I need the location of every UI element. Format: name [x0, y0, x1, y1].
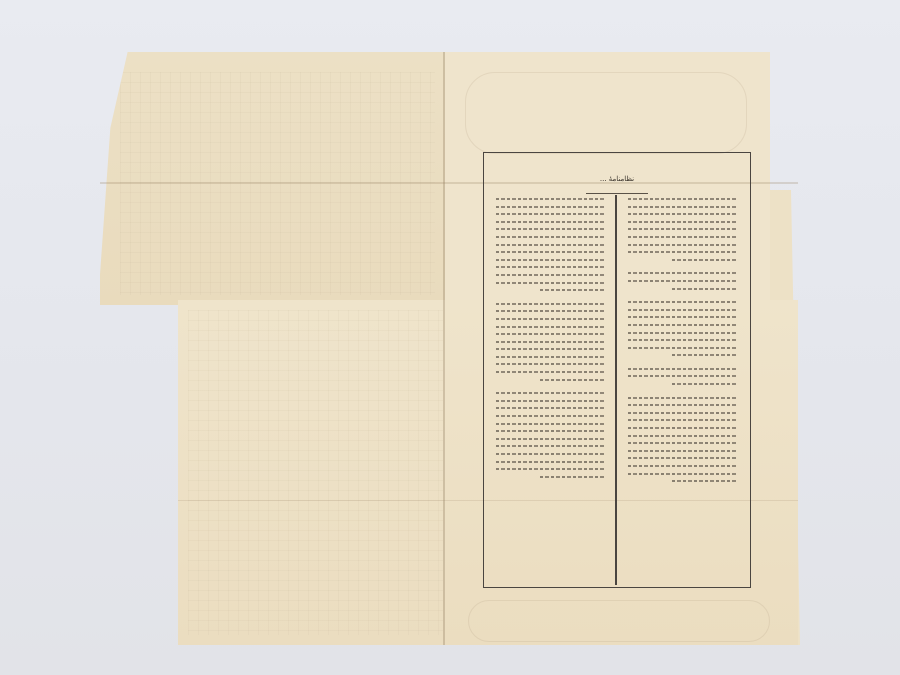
text-line	[496, 356, 606, 358]
watermark-grid	[188, 310, 443, 635]
text-line	[496, 333, 606, 335]
text-line	[496, 453, 606, 455]
document-title: نظامنامهٔ ...	[484, 175, 750, 183]
text-line	[628, 347, 738, 349]
text-line	[496, 274, 606, 276]
text-line	[496, 363, 606, 365]
text-line	[496, 326, 606, 328]
text-line	[540, 379, 606, 381]
text-line	[628, 332, 738, 334]
text-line	[628, 435, 738, 437]
text-line	[628, 272, 738, 274]
text-line	[628, 397, 738, 399]
paragraph-gap	[628, 488, 738, 494]
text-line	[672, 383, 738, 385]
text-line	[672, 288, 738, 290]
text-line	[496, 468, 606, 470]
text-line	[628, 404, 738, 406]
text-line	[496, 310, 606, 312]
text-line	[496, 318, 606, 320]
text-line	[672, 354, 738, 356]
text-line	[628, 251, 738, 253]
text-line	[540, 476, 606, 478]
text-line	[628, 221, 738, 223]
text-line	[628, 280, 738, 282]
text-line	[628, 206, 738, 208]
watermark-ornament	[465, 72, 747, 154]
text-line	[496, 206, 606, 208]
text-line	[628, 244, 738, 246]
text-line	[628, 419, 738, 421]
text-line	[496, 303, 606, 305]
text-line	[496, 259, 606, 261]
text-line	[496, 198, 606, 200]
text-line	[496, 341, 606, 343]
text-line	[496, 221, 606, 223]
text-line	[628, 316, 738, 318]
text-line	[628, 450, 738, 452]
text-line	[496, 236, 606, 238]
column-divider	[615, 195, 617, 585]
text-line	[496, 445, 606, 447]
text-line	[628, 324, 738, 326]
text-line	[496, 348, 606, 350]
text-line	[496, 415, 606, 417]
text-line	[672, 480, 738, 482]
text-line	[628, 412, 738, 414]
paragraph-gap	[496, 483, 606, 489]
text-line	[628, 198, 738, 200]
text-line	[628, 368, 738, 370]
text-line	[496, 423, 606, 425]
text-column-left	[496, 198, 606, 489]
text-line	[628, 427, 738, 429]
text-line	[628, 309, 738, 311]
text-line	[628, 213, 738, 215]
text-line	[628, 442, 738, 444]
text-line	[628, 457, 738, 459]
text-line	[628, 473, 738, 475]
text-line	[628, 465, 738, 467]
text-line	[496, 461, 606, 463]
fold-crease-vertical	[443, 52, 445, 645]
text-line	[496, 282, 606, 284]
text-line	[496, 438, 606, 440]
text-line	[628, 339, 738, 341]
text-line	[496, 430, 606, 432]
text-line	[496, 371, 606, 373]
text-column-right	[628, 198, 738, 494]
watermark-ornament	[468, 600, 770, 642]
text-line	[496, 244, 606, 246]
text-line	[496, 392, 606, 394]
text-line	[496, 400, 606, 402]
text-line	[496, 228, 606, 230]
text-line	[496, 266, 606, 268]
text-line	[628, 228, 738, 230]
text-line	[496, 251, 606, 253]
text-line	[628, 375, 738, 377]
text-line	[628, 301, 738, 303]
document-panel-top-left	[100, 52, 445, 305]
text-line	[496, 407, 606, 409]
text-line	[628, 236, 738, 238]
text-line	[672, 259, 738, 261]
text-frame: نظامنامهٔ ...	[483, 152, 751, 588]
text-line	[496, 213, 606, 215]
title-rule	[586, 193, 648, 194]
text-line	[540, 289, 606, 291]
